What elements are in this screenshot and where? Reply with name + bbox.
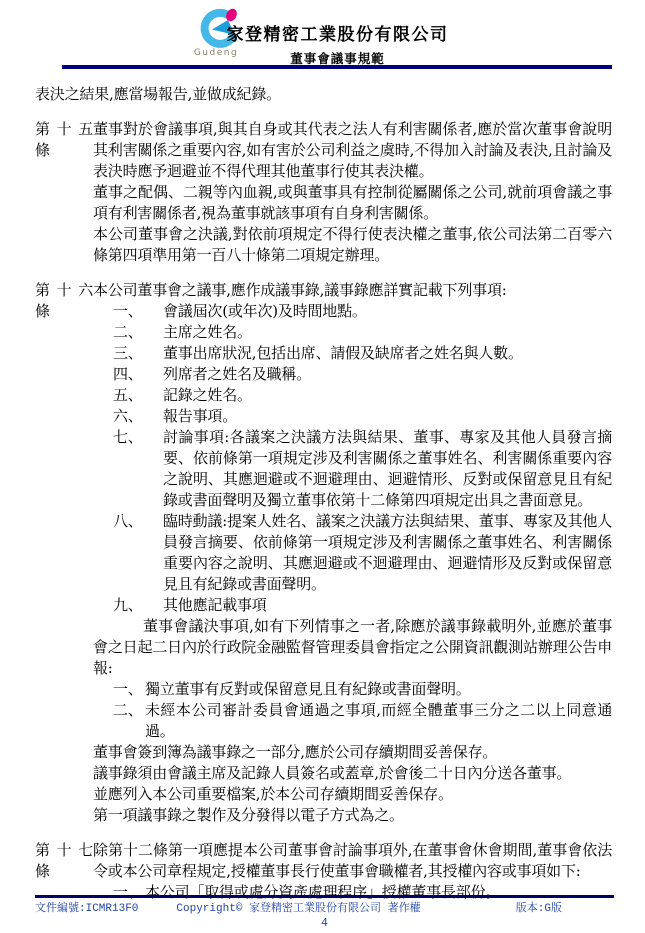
document-page: Gudeng 家登精密工業股份有限公司 董事會議事規範 表決之結果,應當場報告,… xyxy=(0,0,645,933)
list-item: 三、 董事出席狀況,包括出席、請假及缺席者之姓名與人數。 xyxy=(113,343,612,364)
list-item-number: 四、 xyxy=(113,364,163,385)
list-item: 七、 討論事項:各議案之決議方法與結果、董事、專家及其他人員發言摘要、依前條第一… xyxy=(113,427,612,511)
paragraph: 本公司董事會之決議,對依前項規定不得行使表決權之董事,依公司法第二百零六條第四項… xyxy=(93,224,612,266)
article-content: 除第十二條第一項應提本公司董事會討論事項外,在董事會休會期間,董事會依法令或本公… xyxy=(93,840,612,903)
list-item: 二、 未經本公司審計委員會通過之事項,而經全體董事三分之二以上同意通過。 xyxy=(113,700,612,742)
article-content: 本公司董事會之議事,應作成議事錄,議事錄應詳實記載下列事項: 一、 會議屆次(或… xyxy=(93,280,612,826)
paragraph: 董事會簽到簿為議事錄之一部分,應於公司存續期間妥善保存。 xyxy=(93,742,612,763)
copyright-text: Copyright© 家登精密工業股份有限公司 著作權 xyxy=(176,903,420,916)
article-content: 董事對於會議事項,與其自身或其代表之法人有利害關係者,應於當次董事會說明其利害關… xyxy=(93,119,612,266)
document-body: 表決之結果,應當場報告,並做成紀錄。 第十五條 董事對於會議事項,與其自身或其代… xyxy=(35,84,612,903)
document-title: 董事會議事規範 xyxy=(227,49,449,67)
paragraph: 董事會議決事項,如有下列情事之一者,除應於議事錄載明外,並應於董事會之日起二日內… xyxy=(93,616,612,679)
paragraph: 議事錄須由會議主席及記錄人員簽名或蓋章,於會後二十日內分送各董事。 xyxy=(93,763,612,784)
paragraph: 除第十二條第一項應提本公司董事會討論事項外,在董事會休會期間,董事會依法令或本公… xyxy=(93,840,612,882)
list-item-number: 二、 xyxy=(113,322,163,343)
list-item-text: 會議屆次(或年次)及時間地點。 xyxy=(163,301,612,322)
header-titles: 家登精密工業股份有限公司 董事會議事規範 xyxy=(227,20,449,67)
article-number: 第十七條 xyxy=(35,840,93,903)
list-item-text: 主席之姓名。 xyxy=(163,322,612,343)
paragraph: 本公司董事會之議事,應作成議事錄,議事錄應詳實記載下列事項: xyxy=(93,280,612,301)
footer-divider xyxy=(35,895,614,898)
list-item: 八、 臨時動議:提案人姓名、議案之決議方法與結果、董事、專家及其他人員發言摘要、… xyxy=(113,511,612,595)
paragraph: 董事對於會議事項,與其自身或其代表之法人有利害關係者,應於當次董事會說明其利害關… xyxy=(93,119,612,182)
list-item-number: 一、 xyxy=(113,301,163,322)
list-item-number: 九、 xyxy=(113,595,163,616)
company-name: 家登精密工業股份有限公司 xyxy=(227,20,449,45)
article-number: 第十五條 xyxy=(35,119,93,266)
paragraph: 並應列入本公司重要檔案,於本公司存續期間妥善保存。 xyxy=(93,784,612,805)
list-item-text: 其他應記載事項 xyxy=(163,595,612,616)
page-number: 4 xyxy=(35,917,614,930)
article-15: 第十五條 董事對於會議事項,與其自身或其代表之法人有利害關係者,應於當次董事會說… xyxy=(35,119,612,266)
footer-row: 文件編號:ICMR13F0 Copyright© 家登精密工業股份有限公司 著作… xyxy=(35,903,614,916)
list-item-text: 討論事項:各議案之決議方法與結果、董事、專家及其他人員發言摘要、依前條第一項規定… xyxy=(163,427,612,511)
list-item-text: 報告事項。 xyxy=(163,406,612,427)
document-number: 文件編號:ICMR13F0 xyxy=(35,903,176,916)
list-item-text: 列席者之姓名及職稱。 xyxy=(163,364,612,385)
list-item-text: 臨時動議:提案人姓名、議案之決議方法與結果、董事、專家及其他人員發言摘要、依前條… xyxy=(163,511,612,595)
list-item-text: 董事出席狀況,包括出席、請假及缺席者之姓名與人數。 xyxy=(163,343,612,364)
list-item-number: 六、 xyxy=(113,406,163,427)
paragraph: 董事之配偶、二親等內血親,或與董事具有控制從屬關係之公司,就前項會議之事項有利害… xyxy=(93,182,612,224)
list-item-text: 獨立董事有反對或保留意見且有紀錄或書面聲明。 xyxy=(145,679,612,700)
article-17: 第十七條 除第十二條第一項應提本公司董事會討論事項外,在董事會休會期間,董事會依… xyxy=(35,840,612,903)
list-item: 九、 其他應記載事項 xyxy=(113,595,612,616)
list-item-number: 一、 xyxy=(113,679,145,700)
list-item: 六、 報告事項。 xyxy=(113,406,612,427)
carryover-line: 表決之結果,應當場報告,並做成紀錄。 xyxy=(35,84,612,105)
list-item-number: 三、 xyxy=(113,343,163,364)
list-item: 一、 獨立董事有反對或保留意見且有紀錄或書面聲明。 xyxy=(113,679,612,700)
list-item: 二、 主席之姓名。 xyxy=(113,322,612,343)
list-item: 五、 記錄之姓名。 xyxy=(113,385,612,406)
document-footer: 文件編號:ICMR13F0 Copyright© 家登精密工業股份有限公司 著作… xyxy=(35,895,614,930)
article-number: 第十六條 xyxy=(35,280,93,826)
list-item: 四、 列席者之姓名及職稱。 xyxy=(113,364,612,385)
paragraph: 第一項議事錄之製作及分發得以電子方式為之。 xyxy=(93,805,612,826)
version-label: 版本:G版 xyxy=(421,903,614,916)
list-item-text: 未經本公司審計委員會通過之事項,而經全體董事三分之二以上同意通過。 xyxy=(145,700,612,742)
list-item-number: 五、 xyxy=(113,385,163,406)
document-header: Gudeng 家登精密工業股份有限公司 董事會議事規範 xyxy=(35,8,612,65)
list-item-number: 八、 xyxy=(113,511,163,595)
list-item-number: 二、 xyxy=(113,700,145,742)
list-item: 一、 會議屆次(或年次)及時間地點。 xyxy=(113,301,612,322)
article-16: 第十六條 本公司董事會之議事,應作成議事錄,議事錄應詳實記載下列事項: 一、 會… xyxy=(35,280,612,826)
list-item-text: 記錄之姓名。 xyxy=(163,385,612,406)
list-item-number: 七、 xyxy=(113,427,163,511)
